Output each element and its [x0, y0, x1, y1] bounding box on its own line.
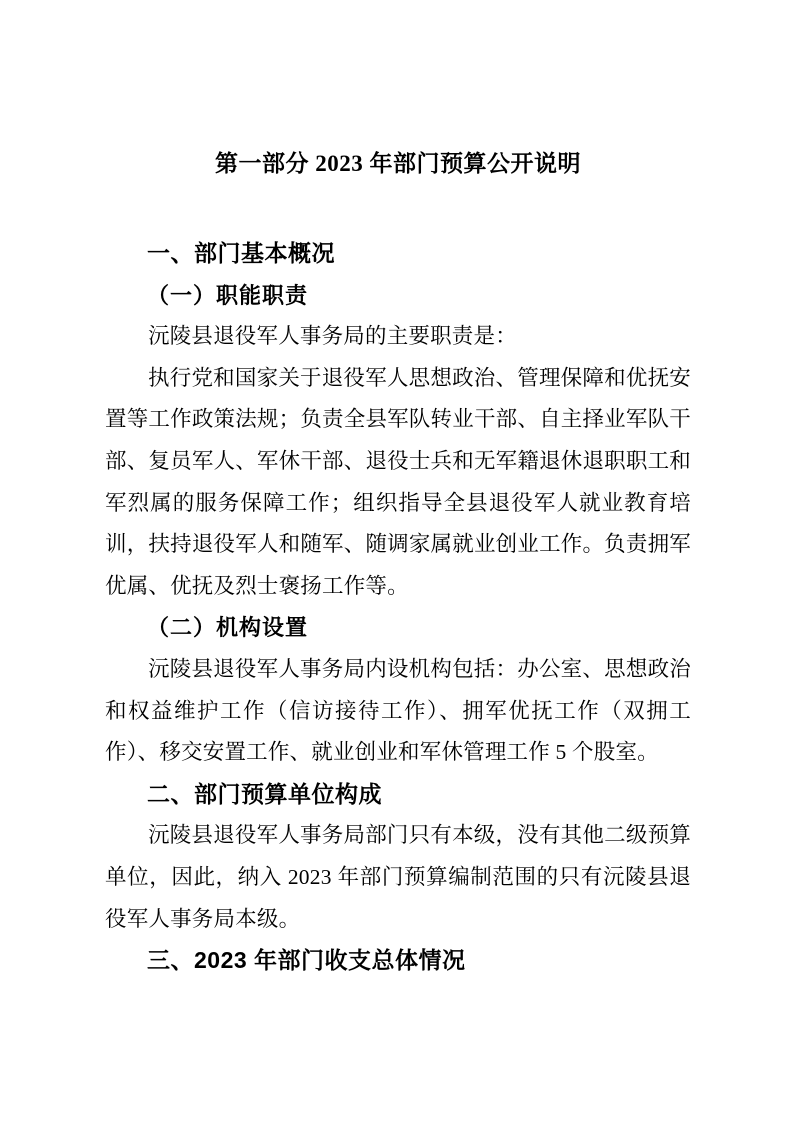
- paragraph-budget-units-body: 沅陵县退役军人事务局部门只有本级，没有其他二级预算单位，因此，纳入 2023 年…: [105, 815, 691, 940]
- document-title: 第一部分 2023 年部门预算公开说明: [105, 144, 691, 184]
- subsection-heading-duties: （一）职能职责: [105, 275, 691, 317]
- paragraph-duties-intro: 沅陵县退役军人事务局的主要职责是：: [105, 316, 691, 358]
- document-content: 第一部分 2023 年部门预算公开说明 一、部门基本概况 （一）职能职责 沅陵县…: [105, 0, 691, 982]
- section-heading-budget-units: 二、部门预算单位构成: [105, 774, 691, 816]
- section-heading-overview: 一、部门基本概况: [105, 233, 691, 275]
- paragraph-duties-body: 执行党和国家关于退役军人思想政治、管理保障和优抚安置等工作政策法规；负责全县军队…: [105, 358, 691, 608]
- subsection-heading-structure: （二）机构设置: [105, 607, 691, 649]
- document-page: 第一部分 2023 年部门预算公开说明 一、部门基本概况 （一）职能职责 沅陵县…: [0, 0, 793, 1122]
- paragraph-structure-body: 沅陵县退役军人事务局内设机构包括：办公室、思想政治和权益维护工作（信访接待工作）…: [105, 649, 691, 774]
- section-heading-revenue-expenditure: 三、2023 年部门收支总体情况: [105, 940, 691, 982]
